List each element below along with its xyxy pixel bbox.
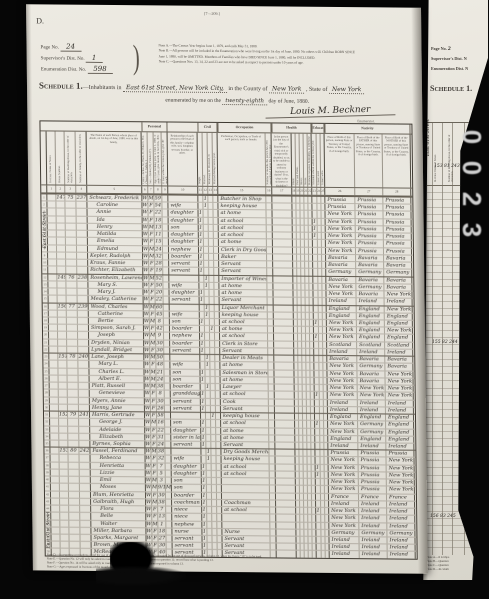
cell [59,397,68,403]
cell: Prussia [356,233,384,239]
cell: Prussia [359,487,387,493]
cell: niece [172,514,202,520]
cell: 1 [158,521,166,527]
cell: Ida [88,217,143,224]
cell: Germany [387,530,415,536]
cell: New York [328,392,358,398]
schedule-lead: —Inhabitants in [83,85,122,91]
state-handwritten: New York [329,86,365,94]
cell [58,325,67,331]
cell: George J. [90,419,145,426]
cell [275,413,295,419]
right-grid-line [426,337,482,338]
cell [60,498,69,504]
cell [276,522,296,528]
cell: daughter [169,217,199,223]
cell: Caroline [87,202,142,209]
cell: Prussia [325,204,355,210]
cell: Prussia [386,451,414,457]
cell: France [387,494,415,500]
cell: Ireland [329,537,359,543]
cell [69,520,80,526]
cell [80,470,91,476]
cell: Prussia [355,204,383,210]
cell [58,296,67,302]
cell [49,368,58,374]
cell [60,520,69,526]
cell: New York [328,378,358,384]
cell: Mary J. [88,289,143,296]
form-corner-code: [7—209.] [204,11,220,16]
enumerated-day-handwritten: twenty-eighth [222,98,267,105]
cell: wife [169,282,199,288]
column-number: 28 [383,188,411,195]
district-numbers-block: Page No. 24 Supervisor's Dist. No. 1 Enu… [40,42,160,76]
cell: servant [172,536,202,542]
cell [49,339,58,345]
table-header-row: In cities: Name of Street.House Number.N… [41,131,413,188]
cell: Bavaria [357,371,385,377]
cell: Bavaria [384,263,412,269]
cell [170,304,200,310]
cell: Prussia [325,197,355,203]
cell: England [358,414,386,420]
cell: New York [386,378,414,384]
right-grid-line [426,286,482,287]
enumeration-label: Enumeration Dist. No. [41,67,86,72]
cell: New York [384,291,412,297]
cell [275,385,295,391]
cell [50,404,59,410]
cell: New York [358,385,386,391]
cell: Annie [88,209,143,216]
cell: Prussia [384,226,412,232]
cell: wife [168,203,198,209]
cell [276,536,296,542]
cell [50,433,59,439]
right-grid-line [426,489,482,490]
cell [51,477,60,483]
right-page-no-label: Page No. [431,46,447,51]
cell: Dry Goods Merchant [221,449,269,456]
cell [276,471,296,477]
header-group-label: Civil Condition [197,123,217,132]
cell [275,421,295,427]
cell: 151 [58,354,67,360]
cell: Albert E. [90,376,145,383]
column-number: 17 [272,187,292,194]
cell: New York [385,328,413,334]
cell: Ireland [329,501,359,507]
cell [275,442,295,448]
cell [273,269,293,275]
cell [77,224,88,230]
cell [68,419,79,425]
cell [50,426,59,432]
right-grid-line [426,301,482,302]
right-grid-line [426,272,482,273]
cell [49,361,58,367]
column-header-text: Married during Census year. [213,134,217,184]
cell: Flora [91,506,146,513]
right-enumeration-label: Enumeration Dist. N [431,66,487,76]
cell: at school [219,225,267,232]
cell [276,500,296,506]
cell: Bavaria [326,262,356,268]
cell: 26 [157,405,165,411]
cell: Joseph [89,332,144,339]
cell: England [327,305,357,311]
cell [68,376,79,382]
cell: Servant [219,261,267,268]
film-frame-digit: 0 [457,154,487,182]
cell: Ireland [387,523,415,529]
right-grid-line [426,330,482,331]
cell: Lizzie [91,470,146,477]
cell: 60 [156,304,164,310]
adjacent-page-edge: Page No. 2 Supervisor's Dist. N Enumerat… [422,0,488,580]
street-name-vertical: East 61st Street [41,194,50,248]
cell [273,262,293,268]
column-header: Number of family, in the order of visita… [76,132,88,185]
cell [60,455,69,461]
film-blemish-shadow [96,566,186,586]
cell [51,469,60,475]
cell [57,245,66,251]
cell: at home [221,427,269,434]
cell: 48 [156,362,164,368]
cell [77,289,88,295]
cell: 19 [155,268,163,274]
cell [276,464,296,470]
cell [81,542,92,548]
cell: England [357,320,385,326]
cell: Prussia [355,197,383,203]
cell [67,318,78,324]
enumeration-value: 598 [87,65,112,74]
cell [78,332,89,338]
cell: 8 [157,391,165,397]
cell: Scotland [357,342,385,348]
cell: Ireland [360,544,388,550]
cell: England [357,313,385,319]
cell [69,462,80,468]
cell: Mary S. [88,282,143,289]
brace-glyph: ) [133,39,140,77]
cell: daughter [171,427,201,433]
cell [57,238,66,244]
column-number: 15 [218,187,266,194]
cell: Importer of Wines [219,276,267,283]
cell [272,204,292,210]
cell: son [171,420,201,426]
cell [273,233,293,239]
cell: New York [386,458,414,464]
cell: Prussia [356,248,384,254]
cell [273,290,293,296]
cell [49,325,58,331]
cell: Simpson, Sarah J. [89,325,144,332]
cell: Bavaria [357,356,385,362]
cell: 7 [158,507,166,513]
cell: Matilda [88,231,143,238]
cell: Germany [356,284,384,290]
cell: 30 [156,347,164,353]
cell: daughter [169,232,199,238]
cell: boarder [170,326,200,332]
cell: New York [329,472,359,478]
cell [275,406,295,412]
cell [66,224,77,230]
cell [67,310,78,316]
header-group-label: Occupation [217,123,271,132]
cell [66,209,77,215]
cell [79,397,90,403]
cell: New York [386,393,414,399]
cell: Bavaria [326,255,356,261]
cell: Ireland [387,509,415,515]
county-label: in the County of [228,86,267,92]
cell: nephew [169,246,199,252]
cell: 237 [76,195,87,201]
right-grid-line [426,533,482,534]
column-number: 26 [325,188,355,195]
cell: Genevieve [90,390,145,397]
right-grid-line [426,380,482,381]
cell: keeping house [221,413,269,420]
cell: Scotland [327,342,357,348]
cell [170,355,200,361]
column-header-text: In cities: Name of Street. [49,132,53,182]
cell [80,506,91,512]
cell: servant [170,297,200,303]
cell [69,470,80,476]
cell [48,289,57,295]
cell: Mary L. [89,361,144,368]
cell: coachman [172,499,202,505]
column-header: Number of dwelling-house, in the order o… [65,132,77,185]
column-number: 5 [87,186,142,193]
cell: Prussia [383,205,411,211]
cell: servant [171,398,201,404]
cell: Ireland [327,298,357,304]
cell [67,347,78,353]
cell: England [386,429,414,435]
cell: 147 [56,195,65,201]
right-grid-line [426,496,482,497]
supervisor-value: 1 [86,54,103,63]
cell: New York [387,480,415,486]
cell [48,274,57,280]
column-header-text: Profession, Occupation, or Trade of each… [218,133,265,144]
cell [50,412,59,418]
right-annotation: 155 82 244 [432,340,458,345]
cell: keeping house [218,203,266,210]
cell: Sparks, Margaret [91,535,146,542]
cell: New York [329,479,359,485]
cell: 78 [67,354,78,360]
cell [57,209,66,215]
cell: 42 [156,326,164,332]
cell [49,346,58,352]
cell [60,506,69,512]
cell: Catherine [89,311,144,318]
cell [274,319,294,325]
cell [276,508,296,514]
cell [66,231,77,237]
cell [66,267,77,273]
cell: 38 [157,384,165,390]
cell: Richter, Elizabeth [88,267,143,274]
cell: Servant [223,543,271,550]
cell: England [357,327,385,333]
cell [49,317,58,323]
cell: 32 [155,253,163,259]
column-header-text: The Name of each Person whose place of a… [87,132,141,147]
cell [77,245,88,251]
cell: Edmund [88,245,143,252]
cell: 20 [155,289,163,295]
cell [276,486,296,492]
column-header-text: Number of dwelling-house, in the order o… [67,133,74,183]
county-handwritten: New York [269,85,305,93]
cell [277,544,297,550]
cell: New York [387,487,415,493]
cell: at school [219,232,267,239]
right-grid-line [426,467,482,468]
cell [69,513,80,519]
cell: New York [329,508,359,514]
cell [274,305,294,311]
cell: Mealey, Catherine [89,296,144,303]
cell [273,247,293,253]
column-number: 10 [168,187,198,194]
cell: England [386,414,414,420]
right-grid-line [426,446,482,447]
column-number: 1 [47,185,56,192]
cell: sister in law [171,434,201,440]
cell [273,254,293,260]
cell [57,223,66,229]
right-grid-line [426,453,482,454]
column-header-text: House Number. [58,133,62,183]
cell: 27 [158,535,166,541]
cell: Ireland [387,501,415,507]
cell: Prussia [383,212,411,218]
right-grid-line [426,547,482,548]
cell: Bavaria [326,276,356,282]
cell: Bertie [89,318,144,325]
cell [276,493,296,499]
cell: at school [219,218,267,225]
enumerated-tail: day of June, 1880. [268,98,309,104]
cell: Elizabeth [90,434,145,441]
location-handwritten: East 61st Street, New York City, [123,84,227,93]
cell: Prussia [358,458,386,464]
column-header-text: Is the person [on the day of the Enumera… [272,133,292,186]
cell [77,238,88,244]
cell [60,535,69,541]
cell: Charles L. [89,368,144,375]
page-no-value: 24 [60,43,81,52]
cell: 31 [157,434,165,440]
cell [222,493,270,500]
cell: Harris, Gertrude [90,412,145,419]
cell: Salesman in Store [220,370,268,377]
cell: 238 [77,274,88,280]
cell: Prussia [359,479,387,485]
cell: son [170,319,200,325]
cell [80,513,91,519]
cell: New York [327,363,357,369]
film-frame-digit: 3 [457,216,487,244]
cell: England [358,436,386,442]
cell: Servant [220,297,268,304]
cell: servant [171,442,201,448]
cell: daughter [169,290,199,296]
cell: 79 [68,412,79,418]
right-grid-line [426,417,482,418]
cell: Dealer in Meats [220,355,268,362]
right-footer-note: Note D.—In colum [427,568,485,572]
cell: Bavaria [356,291,384,297]
cell [80,462,91,468]
cell: at home [220,326,268,333]
right-grid-line [426,395,482,396]
right-grid-line [426,257,482,258]
cell [80,520,91,526]
cell: Bavaria [358,378,386,384]
cell: Ireland [358,400,386,406]
enumerator-signature: Louis M. Beckner [265,104,395,118]
cell: 24 [157,441,165,447]
cell: Ireland [387,537,415,543]
cell [80,491,91,497]
cell: New York [326,226,356,232]
cell: New York [329,486,359,492]
cell [48,267,57,273]
cell: Miller, Barbara [91,528,146,535]
cell [275,377,295,383]
cell: Lyndall, Bridget [89,347,144,354]
right-grid-line [426,511,482,512]
cell [58,368,67,374]
cell: Byrnes, Sophia [90,441,145,448]
cell [273,218,293,224]
cell [66,281,77,287]
cell: Schwarz, Frederick [87,195,142,202]
cell: 38 [157,449,165,455]
cell [77,216,88,222]
cell: Henny, Jane [90,405,145,412]
cell: New York [327,327,357,333]
cell: 30 [156,340,164,346]
cell: Liquor Merchant [220,304,268,311]
column-header: Place of Birth of the MOTHER of this per… [383,134,412,187]
cell: 54 [154,203,162,209]
cell: New York [326,219,356,225]
cell: Ireland [359,516,387,522]
cell: Ireland [388,545,416,551]
cell: at school [221,420,269,427]
cell [76,202,87,208]
cell: 75 [65,195,76,201]
right-grid-line [426,323,482,324]
column-number: 8 [154,186,162,193]
cell [49,332,58,338]
cell: 18 [155,217,163,223]
cell [78,325,89,331]
